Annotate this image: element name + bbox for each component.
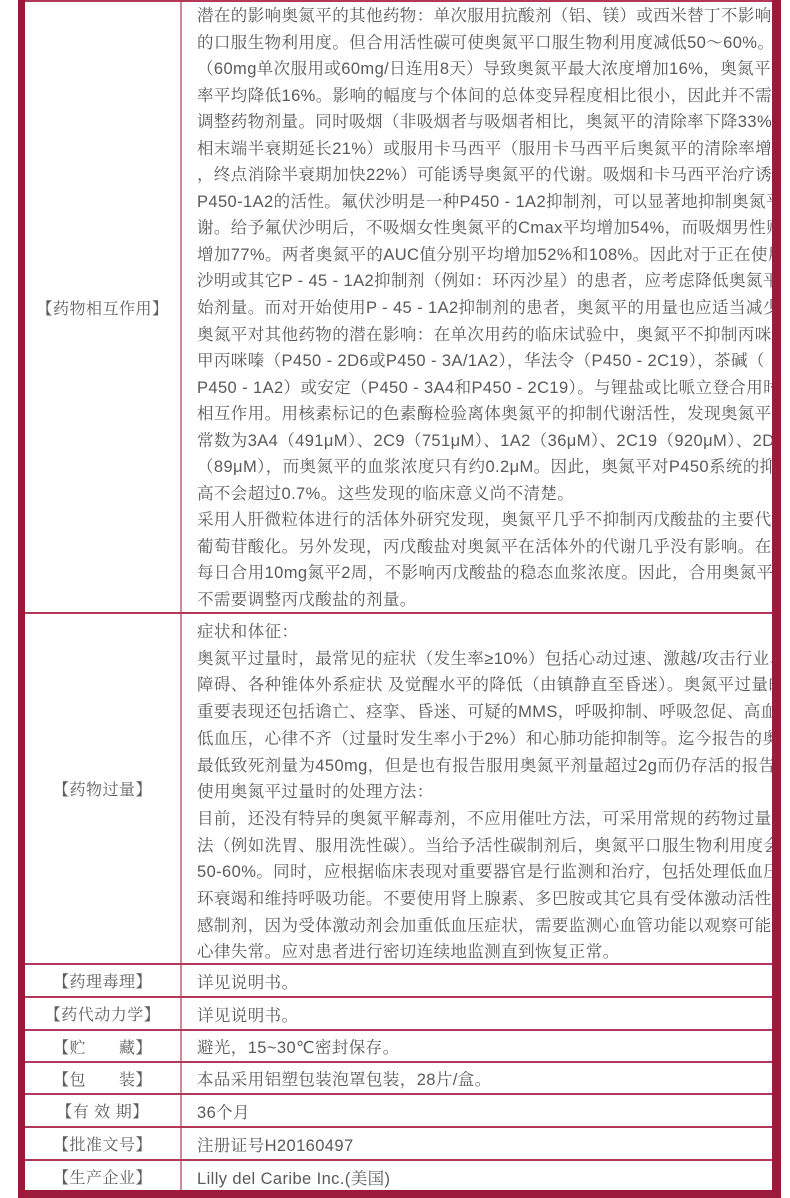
table-row-overdose: 【药物过量】 症状和体征：奥氮平过量时，最常见的症状（发生率≥10%）包括心动过… bbox=[25, 614, 772, 965]
text-line: 最低致死剂量为450mg，但是也有报告服用奥氮平剂量超过2g而仍存活的报告。 bbox=[197, 753, 772, 780]
text-line: 相末端半衰期延长21%）或服用卡马西平（服用卡马西平后奥氮平的清除率增加44% bbox=[197, 136, 772, 163]
text-line: （60mg单次服用或60mg/日连用8天）导致奥氮平最大浓度增加16%，奥氮平清… bbox=[197, 56, 772, 83]
row-content: 本品采用铝塑包装泡罩包装，28片/盒。 bbox=[180, 1063, 772, 1093]
text-line: 的口服生物利用度。但合用活性碳可使奥氮平口服生物利用度减低50～60%。氟西汀 bbox=[197, 30, 772, 57]
row-label: 【药代动力学】 bbox=[25, 998, 180, 1029]
text-line: 注册证号H20160497 bbox=[197, 1132, 354, 1156]
text-line: 详见说明书。 bbox=[197, 969, 298, 993]
text-line: 法（例如洗胃、服用洗性碳）。当给予活性碳制剂后，奥氮平口服生物利用度会降低 bbox=[197, 833, 772, 860]
text-line: 葡萄苷酸化。另外发现，丙戊酸盐对奥氮平在活体外的代谢几乎没有影响。在活体内 bbox=[197, 534, 772, 561]
text-line: 率平均降低16%。影响的幅度与个体间的总体变异程度相比很小，因此并不需要常规 bbox=[197, 83, 772, 110]
text-line: ，终点消除半衰期加快22%）可能诱导奥氮平的代谢。吸烟和卡马西平治疗诱导 bbox=[197, 162, 772, 189]
table-row-pharmacokinetics: 【药代动力学】 详见说明书。 bbox=[25, 998, 772, 1031]
text-line: 谢。给予氟伏沙明后，不吸烟女性奥氮平的Cmax平均增加54%，而吸烟男性则平均 bbox=[197, 215, 772, 242]
text-line: 不需要调整丙戊酸盐的剂量。 bbox=[197, 587, 772, 612]
text-line: 感制剂，因为受体激动剂会加重低血压症状，需要监测心血管功能以观察可能出现的 bbox=[197, 913, 772, 940]
table-row-shelf-life: 【有 效 期】 36个月 bbox=[25, 1095, 772, 1128]
text-line: 潜在的影响奥氮平的其他药物：单次服用抗酸剂（铝、镁）或西米替丁不影响奥氮平 bbox=[197, 3, 772, 30]
row-content: Lilly del Caribe Inc.(美国) bbox=[180, 1161, 772, 1192]
text-line: 目前，还没有特异的奥氮平解毒剂，不应用催吐方法，可采用常规的药物过量处理方 bbox=[197, 806, 772, 833]
text-line: 环衰竭和维持呼吸功能。不要使用肾上腺素、多巴胺或其它具有受体激动活性的拟交 bbox=[197, 886, 772, 913]
text-line: 增加77%。两者奥氮平的AUC值分别平均增加52%和108%。因此对于正在使用氟… bbox=[197, 242, 772, 269]
row-label: 【药理毒理】 bbox=[25, 965, 180, 996]
table-row-pharmacology-toxicology: 【药理毒理】 详见说明书。 bbox=[25, 965, 772, 998]
row-content: 详见说明书。 bbox=[180, 998, 772, 1029]
row-label: 【药物过量】 bbox=[25, 614, 180, 963]
table-row-approval-number: 【批准文号】 注册证号H20160497 bbox=[25, 1128, 772, 1161]
row-content: 症状和体征：奥氮平过量时，最常见的症状（发生率≥10%）包括心动过速、激越/攻击… bbox=[180, 614, 772, 963]
left-border-bar bbox=[18, 0, 25, 1198]
text-line: 本品采用铝塑包装泡罩包装，28片/盒。 bbox=[197, 1066, 492, 1090]
table-row-drug-interactions: 【药物相互作用】 潜在的影响奥氮平的其他药物：单次服用抗酸剂（铝、镁）或西米替丁… bbox=[25, 2, 772, 614]
text-line: 沙明或其它P - 45 - 1A2抑制剂（例如：环丙沙星）的患者，应考虑降低奥氮… bbox=[197, 268, 772, 295]
text-line: 低血压，心律不齐（过量时发生率小于2%）和心肺功能抑制等。迄今报告的奥氮平 bbox=[197, 726, 772, 753]
text-line: P450 - 1A2）或安定（P450 - 3A4和P450 - 2C19）。与… bbox=[197, 375, 772, 402]
row-content: 36个月 bbox=[180, 1095, 772, 1126]
row-content: 详见说明书。 bbox=[180, 965, 772, 996]
text-line: 调整药物剂量。同时吸烟（非吸烟者与吸烟者相比，奥氮平的清除率下降33%，消除 bbox=[197, 109, 772, 136]
text-line: 心律失常。应对患者进行密切连续地监测直到恢复正常。 bbox=[197, 939, 772, 963]
table-row-manufacturer: 【生产企业】 Lilly del Caribe Inc.(美国) bbox=[25, 1161, 772, 1192]
text-line: 障碍、各种锥体外系症状 及觉醒水平的降低（由镇静直至昏迷）。奥氮平过量的其它 bbox=[197, 672, 772, 699]
row-label: 【批准文号】 bbox=[25, 1128, 180, 1159]
text-line: 使用奥氮平过量时的处理方法： bbox=[197, 779, 772, 806]
table-row-storage: 【贮 藏】 避光，15~30℃密封保存。 bbox=[25, 1031, 772, 1063]
text-line: 奥氮平对其他药物的潜在影响：在单次用药的临床试验中，奥氮平不抑制丙咪嗪和去 bbox=[197, 322, 772, 349]
text-line: 50-60%。同时，应根据临床表现对重要器官是行监测和治疗，包括处理低血压，循 bbox=[197, 859, 772, 886]
text-line: 避光，15~30℃密封保存。 bbox=[197, 1034, 399, 1058]
row-label: 【有 效 期】 bbox=[25, 1095, 180, 1126]
text-line: 36个月 bbox=[197, 1099, 250, 1123]
row-label: 【药物相互作用】 bbox=[25, 2, 180, 612]
text-line: Lilly del Caribe Inc.(美国) bbox=[197, 1165, 390, 1189]
text-line: （89μM），而奥氮平的血浆浓度只有约0.2μM。因此，奥氮平对P450系统的抑… bbox=[197, 454, 772, 481]
right-border-bar bbox=[772, 0, 781, 1198]
text-line: 相互作用。用核素标记的色素酶检验离体奥氮平的抑制代谢活性，发现奥氮平的抑制 bbox=[197, 401, 772, 428]
row-label: 【贮 藏】 bbox=[25, 1031, 180, 1061]
text-line: 症状和体征： bbox=[197, 619, 772, 646]
text-line: 常数为3A4（491μM）、2C9（751μM）、1A2（36μM）、2C19（… bbox=[197, 428, 772, 455]
text-line: 采用人肝微粒体进行的活体外研究发现，奥氮平几乎不抑制丙戊酸盐的主要代谢途径 bbox=[197, 507, 772, 534]
text-line: 甲丙咪嗪（P450 - 2D6或P450 - 3A/1A2），华法令（P450 … bbox=[197, 348, 772, 375]
row-content: 避光，15~30℃密封保存。 bbox=[180, 1031, 772, 1061]
row-content: 潜在的影响奥氮平的其他药物：单次服用抗酸剂（铝、镁）或西米替丁不影响奥氮平的口服… bbox=[180, 2, 772, 612]
row-label: 【生产企业】 bbox=[25, 1161, 180, 1192]
text-line: 每日合用10mg氮平2周，不影响丙戊酸盐的稳态血浆浓度。因此，合用奥氮平时， bbox=[197, 560, 772, 587]
text-line: 高不会超过0.7%。这些发现的临床意义尚不清楚。 bbox=[197, 481, 772, 508]
table-row-packaging: 【包 装】 本品采用铝塑包装泡罩包装，28片/盒。 bbox=[25, 1063, 772, 1095]
text-line: P450-1A2的活性。氟伏沙明是一种P450 - 1A2抑制剂，可以显著地抑制… bbox=[197, 189, 772, 216]
text-line: 始剂量。而对开始使用P - 45 - 1A2抑制剂的患者，奥氮平的用量也应适当减… bbox=[197, 295, 772, 322]
text-line: 详见说明书。 bbox=[197, 1002, 298, 1026]
drug-info-table: 【药物相互作用】 潜在的影响奥氮平的其他药物：单次服用抗酸剂（铝、镁）或西米替丁… bbox=[25, 2, 772, 1192]
text-line: 重要表现还包括谵亡、痉挛、昏迷、可疑的MMS，呼吸抑制、呼吸忽促、高血压或 bbox=[197, 699, 772, 726]
row-label: 【包 装】 bbox=[25, 1063, 180, 1093]
text-line: 奥氮平过量时，最常见的症状（发生率≥10%）包括心动过速、激越/攻击行业、构音 bbox=[197, 646, 772, 673]
row-content: 注册证号H20160497 bbox=[180, 1128, 772, 1159]
